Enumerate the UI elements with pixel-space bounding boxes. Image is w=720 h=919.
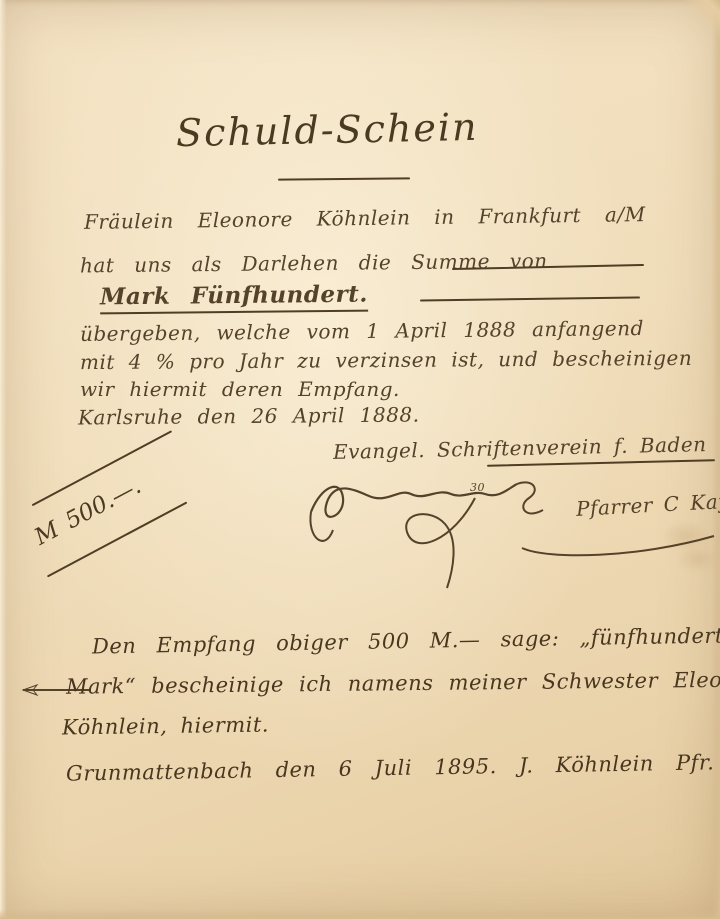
corner-fold: [682, 0, 720, 56]
paper-edge-left: [0, 0, 7, 919]
paper-edge-bottom: [0, 909, 720, 919]
receipt-line-1: Den Empfang obiger 500 M.— sage: „fünfhu…: [92, 623, 720, 658]
amount-note-text: M 500.—.: [30, 473, 145, 551]
body-line-dateline: Karlsruhe den 26 April 1888.: [78, 403, 420, 430]
amount-margin-note: M 500.—.: [1, 409, 239, 618]
title-underline: [278, 177, 410, 180]
body-line-recipient: Fräulein Eleonore Köhnlein in Frankfurt …: [84, 202, 646, 234]
receipt-line-3: Köhnlein, hiermit.: [62, 713, 269, 740]
signature-right: Pfarrer C Kayser: [576, 487, 720, 521]
receipt-line-4: Grunmattenbach den 6 Juli 1895. J. Köhnl…: [66, 750, 715, 785]
body-line-amount: Mark Fünfhundert.: [100, 281, 368, 315]
body-line-terms-1: übergeben, welche vom 1 April 1888 anfan…: [80, 316, 644, 346]
document-page: Schuld-Schein Fräulein Eleonore Köhnlein…: [0, 0, 720, 919]
body-line-terms-3: wir hiermit deren Empfang.: [80, 377, 400, 401]
document-title: Schuld-Schein: [176, 105, 479, 155]
filler-line: [420, 296, 640, 301]
body-line-loan: hat uns als Darlehen die Summe von: [80, 249, 548, 278]
receipt-line-2: Mark“ bescheinige ich namens meiner Schw…: [66, 667, 720, 698]
body-line-terms-2: mit 4 % pro Jahr zu verzinsen ist, und b…: [80, 346, 692, 374]
signature-left-mark: 30: [470, 481, 485, 494]
signature-right-swash: [518, 518, 720, 560]
